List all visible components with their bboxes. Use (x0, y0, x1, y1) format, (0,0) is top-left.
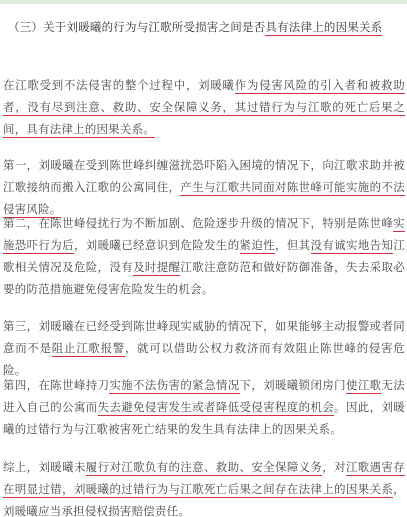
underlined-text: 履行对江歌负有的注意、救助、安全保障义务 (86, 460, 323, 476)
underlined-text: 失去避免侵害发生或者降低受侵害程度的机会 (98, 400, 335, 416)
underlined-text: 阻止江歌报警 (52, 341, 125, 357)
heading-prefix: （三）关于刘暖曦的行为与江歌所受损害之间是否 (8, 20, 265, 34)
top-strip (0, 0, 407, 4)
body-text: 第二，在陈世峰侵扰行为不断加剧、危险逐步升级的情况下，特别是陈世峰 (3, 216, 393, 230)
underlined-text: 紧迫性 (240, 238, 275, 254)
paragraph-second: 第二，在陈世峰侵扰行为不断加剧、危险逐步升级的情况下，特别是陈世峰实施恐吓行为后… (3, 212, 405, 300)
heading-underlined: 具有法律上的因果关系 (265, 20, 382, 36)
paragraph-third: 第三，刘暖曦在已经受到陈世峰现实威胁的情况下，如果能够主动报警或者同意而不是阻止… (3, 315, 405, 381)
body-text: 综上，刘暖曦未 (3, 460, 86, 474)
body-text: 下，刘暖曦锁闭房门 (240, 378, 346, 392)
underlined-text: 使江歌 (346, 378, 381, 394)
body-text: 在江歌受到不法侵害的整个过程中，刘暖曦 (3, 78, 235, 92)
underlined-text: 没有诚实地告知 (311, 238, 394, 254)
paragraph-intro: 在江歌受到不法侵害的整个过程中，刘暖曦作为侵害风险的引入者和被救助者，没有尽到注… (3, 74, 405, 140)
body-text: ，但其 (275, 238, 310, 252)
body-text: 第四，在陈世峰持刀 (3, 378, 109, 392)
section-heading: （三）关于刘暖曦的行为与江歌所受损害之间是否具有法律上的因果关系 (8, 19, 382, 35)
body-text: ，刘暖曦已经意识到危险发生的 (74, 238, 240, 252)
paragraph-fourth: 第四，在陈世峰持刀实施不法伤害的紧急情况下，刘暖曦锁闭房门使江歌无法进入自己的公… (3, 374, 405, 440)
underlined-text: 实施不法伤害的紧急情况 (109, 378, 239, 394)
paragraph-first: 第一，刘暖曦在受到陈世峰纠缠滋扰恐吓陷入困境的情况下，向江歌求助并被江歌接纳而搬… (3, 154, 405, 220)
body-text: ，对 (322, 460, 346, 474)
paragraph-conclusion: 综上，刘暖曦未履行对江歌负有的注意、救助、安全保障义务，对江歌遇害存在明显过错，… (3, 456, 405, 517)
underlined-text: 及时提醒 (133, 260, 180, 276)
